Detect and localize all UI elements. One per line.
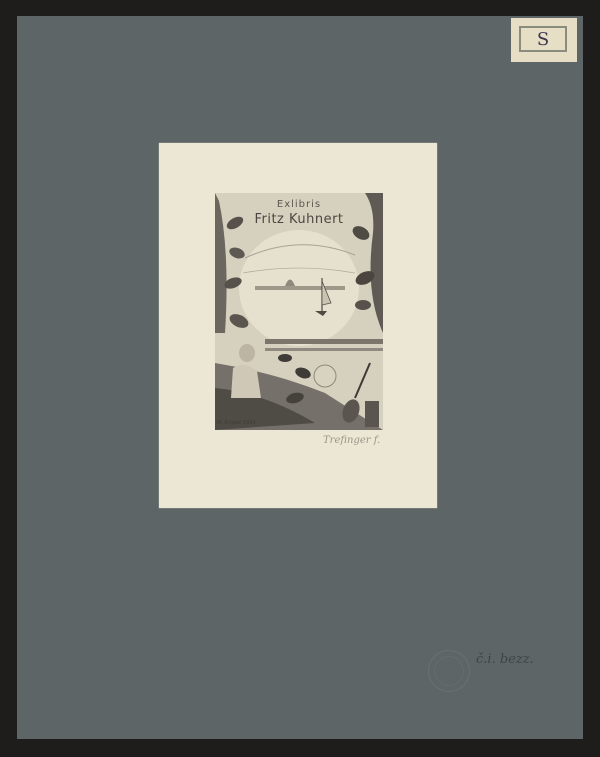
inventory-note: č.i. bezz. <box>476 652 534 667</box>
print-paper: Exlibris Fritz Kuhnert M. Krüger 1924 Tr… <box>159 143 437 508</box>
exlibris-heading: Exlibris <box>215 199 383 210</box>
etching-illustration <box>215 193 383 430</box>
mount-label: S <box>511 18 577 62</box>
collection-stamp-icon <box>428 650 470 692</box>
etching-plate: Exlibris Fritz Kuhnert M. Krüger 1924 <box>215 193 383 430</box>
mount-label-text: S <box>519 26 567 52</box>
pencil-signature: Trefinger f. <box>323 435 380 446</box>
plate-signature: M. Krüger 1924 <box>217 420 256 426</box>
owner-name: Fritz Kuhnert <box>215 212 383 227</box>
